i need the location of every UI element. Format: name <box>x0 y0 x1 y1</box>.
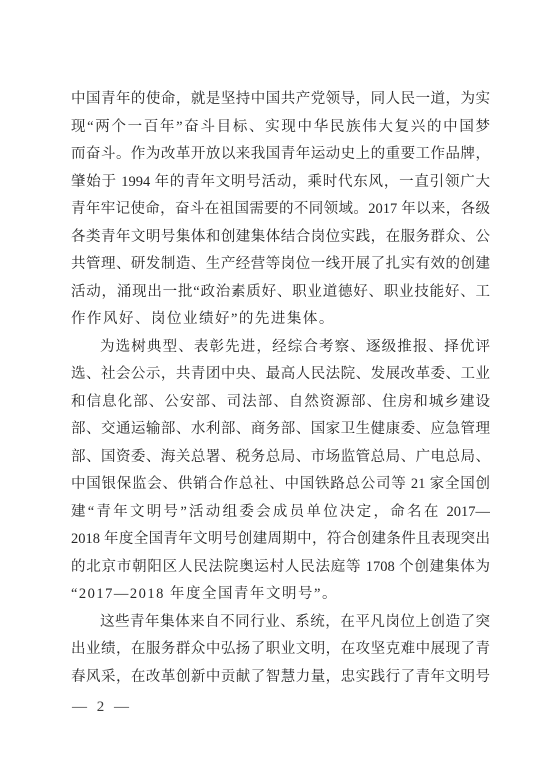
document-page: 中国青年的使命，就是坚持中国共产党领导，同人民一道，为实 现“两个一百年”奋斗目… <box>0 0 553 782</box>
paragraph: 这些青年集体来自不同行业、系统，在平凡岗位上创造了突 出业绩，在服务群众中弘扬了… <box>71 609 490 692</box>
body-text: 中国青年的使命，就是坚持中国共产党领导，同人民一道，为实 现“两个一百年”奋斗目… <box>71 86 490 691</box>
page-number: — 2 — <box>72 694 132 722</box>
text-line: 的北京市朝阳区人民法院奥运村人民法庭等 1708 个创建集体为 <box>71 554 490 582</box>
text-line: 为选树典型、表彰先进，经综合考察、逐级推报、择优评 <box>71 334 490 362</box>
text-line: 部、国资委、海关总署、税务总局、市场监管总局、广电总局、 <box>71 444 490 472</box>
text-line: 这些青年集体来自不同行业、系统，在平凡岗位上创造了突 <box>71 609 490 637</box>
text-line: 肇始于 1994 年的青年文明号活动，乘时代东风，一直引领广大 <box>71 169 490 197</box>
paragraph: 中国青年的使命，就是坚持中国共产党领导，同人民一道，为实 现“两个一百年”奋斗目… <box>71 86 490 334</box>
text-line: 建“青年文明号”活动组委会成员单位决定，命名在 2017— <box>71 499 490 527</box>
text-line: 现“两个一百年”奋斗目标、实现中华民族伟大复兴的中国梦 <box>71 114 490 142</box>
text-line: 活动，涌现出一批“政治素质好、职业道德好、职业技能好、工 <box>71 279 490 307</box>
text-line: 共管理、研发制造、生产经营等岗位一线开展了扎实有效的创建 <box>71 251 490 279</box>
text-line: 2018 年度全国青年文明号创建周期中，符合创建条件且表现突出 <box>71 526 490 554</box>
text-line: 和信息化部、公安部、司法部、自然资源部、住房和城乡建设 <box>71 389 490 417</box>
text-line: 而奋斗。作为改革开放以来我国青年运动史上的重要工作品牌， <box>71 141 490 169</box>
text-line: 出业绩，在服务群众中弘扬了职业文明，在攻坚克难中展现了青 <box>71 636 490 664</box>
text-line: 中国青年的使命，就是坚持中国共产党领导，同人民一道，为实 <box>71 86 490 114</box>
text-line: 各类青年文明号集体和创建集体结合岗位实践，在服务群众、公 <box>71 224 490 252</box>
text-line: 作作风好、岗位业绩好”的先进集体。 <box>71 306 490 334</box>
text-line: 春风采，在改革创新中贡献了智慧力量，忠实践行了青年文明号 <box>71 664 490 692</box>
text-line: “2017—2018 年度全国青年文明号”。 <box>71 581 490 609</box>
text-line: 中国银保监会、供销合作总社、中国铁路总公司等 21 家全国创 <box>71 471 490 499</box>
text-line: 选、社会公示，共青团中央、最高人民法院、发展改革委、工业 <box>71 361 490 389</box>
text-line: 部、交通运输部、水利部、商务部、国家卫生健康委、应急管理 <box>71 416 490 444</box>
paragraph: 为选树典型、表彰先进，经综合考察、逐级推报、择优评 选、社会公示，共青团中央、最… <box>71 334 490 609</box>
text-line: 青年牢记使命，奋斗在祖国需要的不同领域。2017 年以来，各级 <box>71 196 490 224</box>
